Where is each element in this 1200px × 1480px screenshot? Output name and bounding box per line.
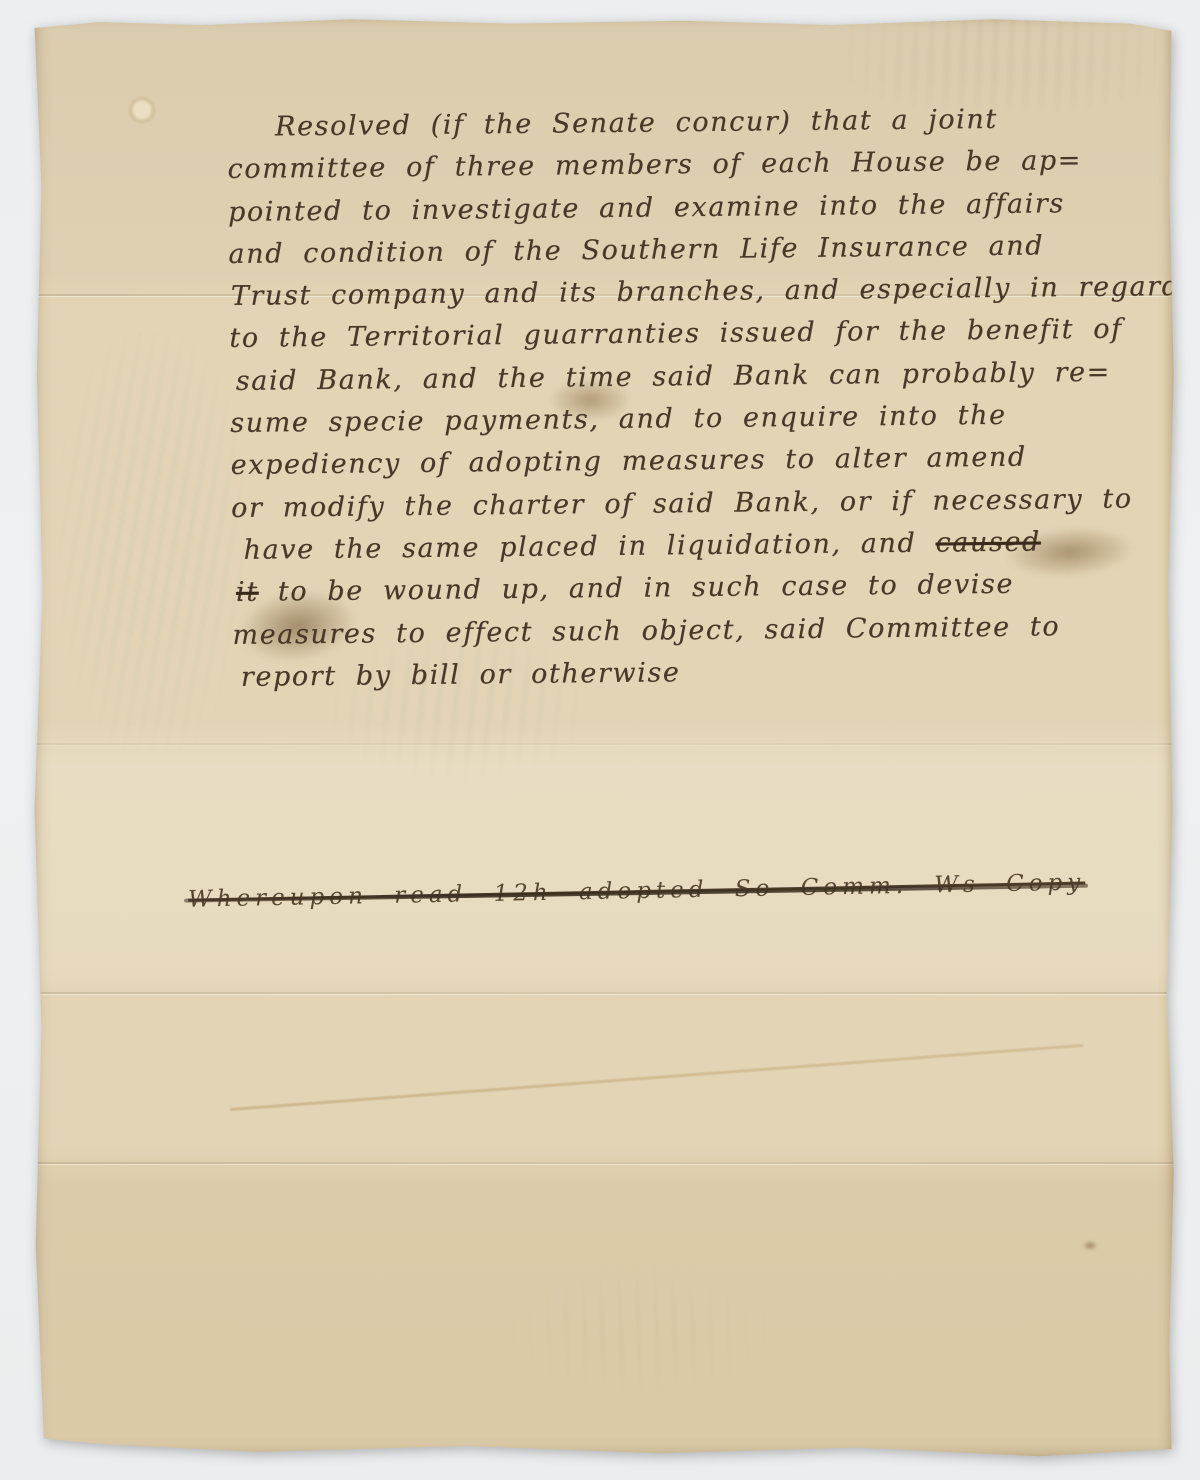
struck-word: it [236, 577, 259, 608]
ink-bleedthrough-bottom [500, 1262, 780, 1392]
line-text: to be wound up, and in such case to devi… [258, 569, 1014, 608]
small-brown-spot [1082, 1240, 1098, 1251]
line-text: report by bill or otherwise [241, 657, 681, 693]
line-text: have the same placed in liquidation, and [243, 528, 935, 566]
line-text: Resolved (if the Senate concur) that a j… [275, 104, 998, 143]
ink-bleedthrough-left-margin [58, 332, 248, 752]
page-shadow: Resolved (if the Senate concur) that a j… [30, 12, 1176, 1462]
resolution-body: Resolved (if the Senate concur) that a j… [227, 102, 1173, 704]
fold-line-3 [30, 992, 1176, 994]
manuscript-page: Resolved (if the Senate concur) that a j… [30, 12, 1176, 1462]
struck-docket-line: Whereupon read 12h adopted So Comm. Ws C… [188, 869, 1098, 912]
manuscript-line: report by bill or otherwise [233, 652, 1173, 704]
scratch-mark [230, 1044, 1084, 1111]
ink-bleedthrough-top-right [840, 12, 1170, 112]
struck-word: caused [935, 526, 1041, 558]
scanner-background: Resolved (if the Senate concur) that a j… [0, 0, 1200, 1480]
fold-line-4 [30, 1162, 1176, 1164]
fold-line-2 [30, 743, 1176, 745]
pale-stain [128, 96, 156, 124]
